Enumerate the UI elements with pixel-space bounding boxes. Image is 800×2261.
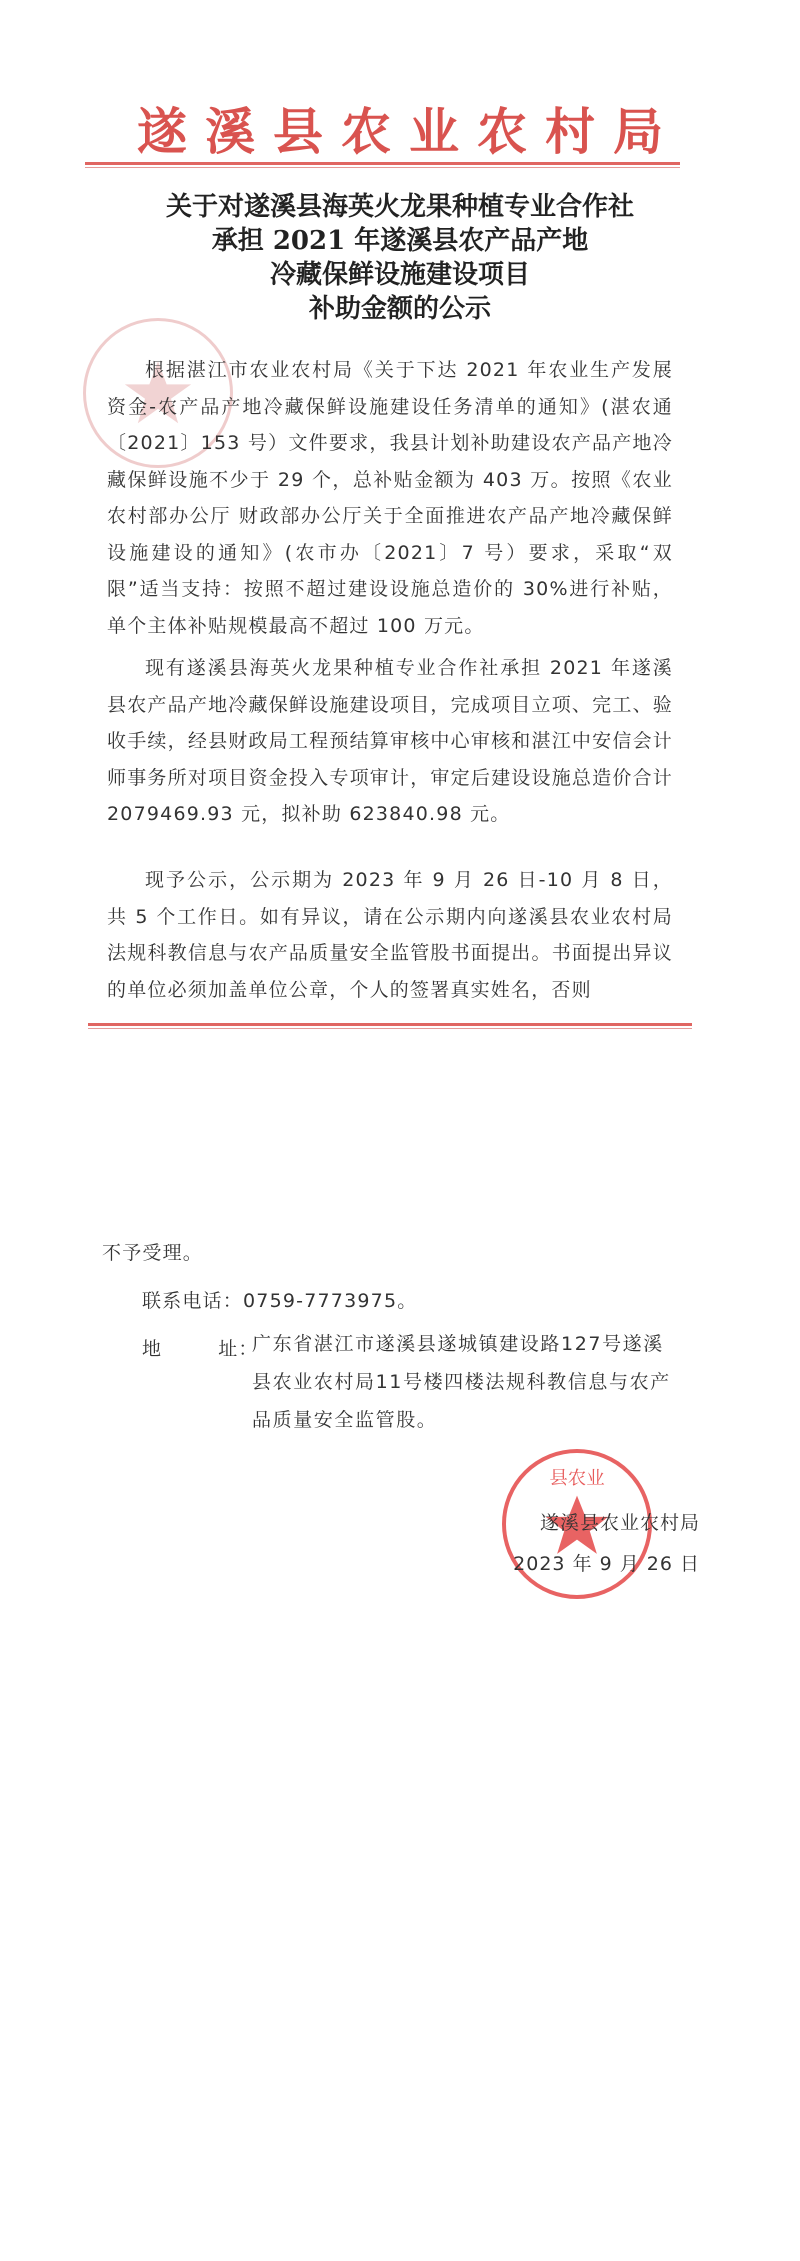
phone-value: 0759-7773975。 (243, 1290, 417, 1312)
body-paragraph: 现有遂溪县海英火龙果种植专业合作社承担 2021 年遂溪县农产品产地冷藏保鲜设施… (107, 650, 673, 833)
contact-phone: 联系电话：0759-7773975。 (142, 1286, 417, 1313)
title-line: 补助金额的公示 (0, 292, 800, 326)
letterhead-rule (85, 162, 680, 168)
body-continuation: 不予受理。 (102, 1238, 203, 1265)
title-line: 承担 2021 年遂溪县农产品产地 (0, 224, 800, 258)
contact-address-value: 广东省湛江市遂溪县遂城镇建设路127号遂溪县农业农村局11号楼四楼法规科教信息与… (252, 1325, 682, 1439)
title-line: 关于对遂溪县海英火龙果种植专业合作社 (0, 190, 800, 224)
address-label-left: 地 (142, 1338, 162, 1360)
document-title: 关于对遂溪县海英火龙果种植专业合作社 承担 2021 年遂溪县农产品产地 冷藏保… (0, 190, 800, 326)
signature-date: 2023 年 9 月 26 日 (480, 1549, 700, 1576)
agency-letterhead: 遂溪县农业农村局 (0, 92, 800, 164)
signature-organization: 遂溪县农业农村局 (480, 1508, 700, 1535)
title-line: 冷藏保鲜设施建设项目 (0, 258, 800, 292)
svg-text:县农业: 县农业 (549, 1468, 604, 1489)
body-paragraph: 现予公示，公示期为 2023 年 9 月 26 日-10 月 8 日，共 5 个… (107, 862, 673, 1008)
body-paragraph: 根据湛江市农业农村局《关于下达 2021 年农业生产发展资金-农产品产地冷藏保鲜… (107, 352, 673, 644)
page-bottom-rule (88, 1023, 692, 1029)
phone-label: 联系电话： (142, 1290, 243, 1312)
contact-address-label: 地址： (142, 1334, 259, 1361)
